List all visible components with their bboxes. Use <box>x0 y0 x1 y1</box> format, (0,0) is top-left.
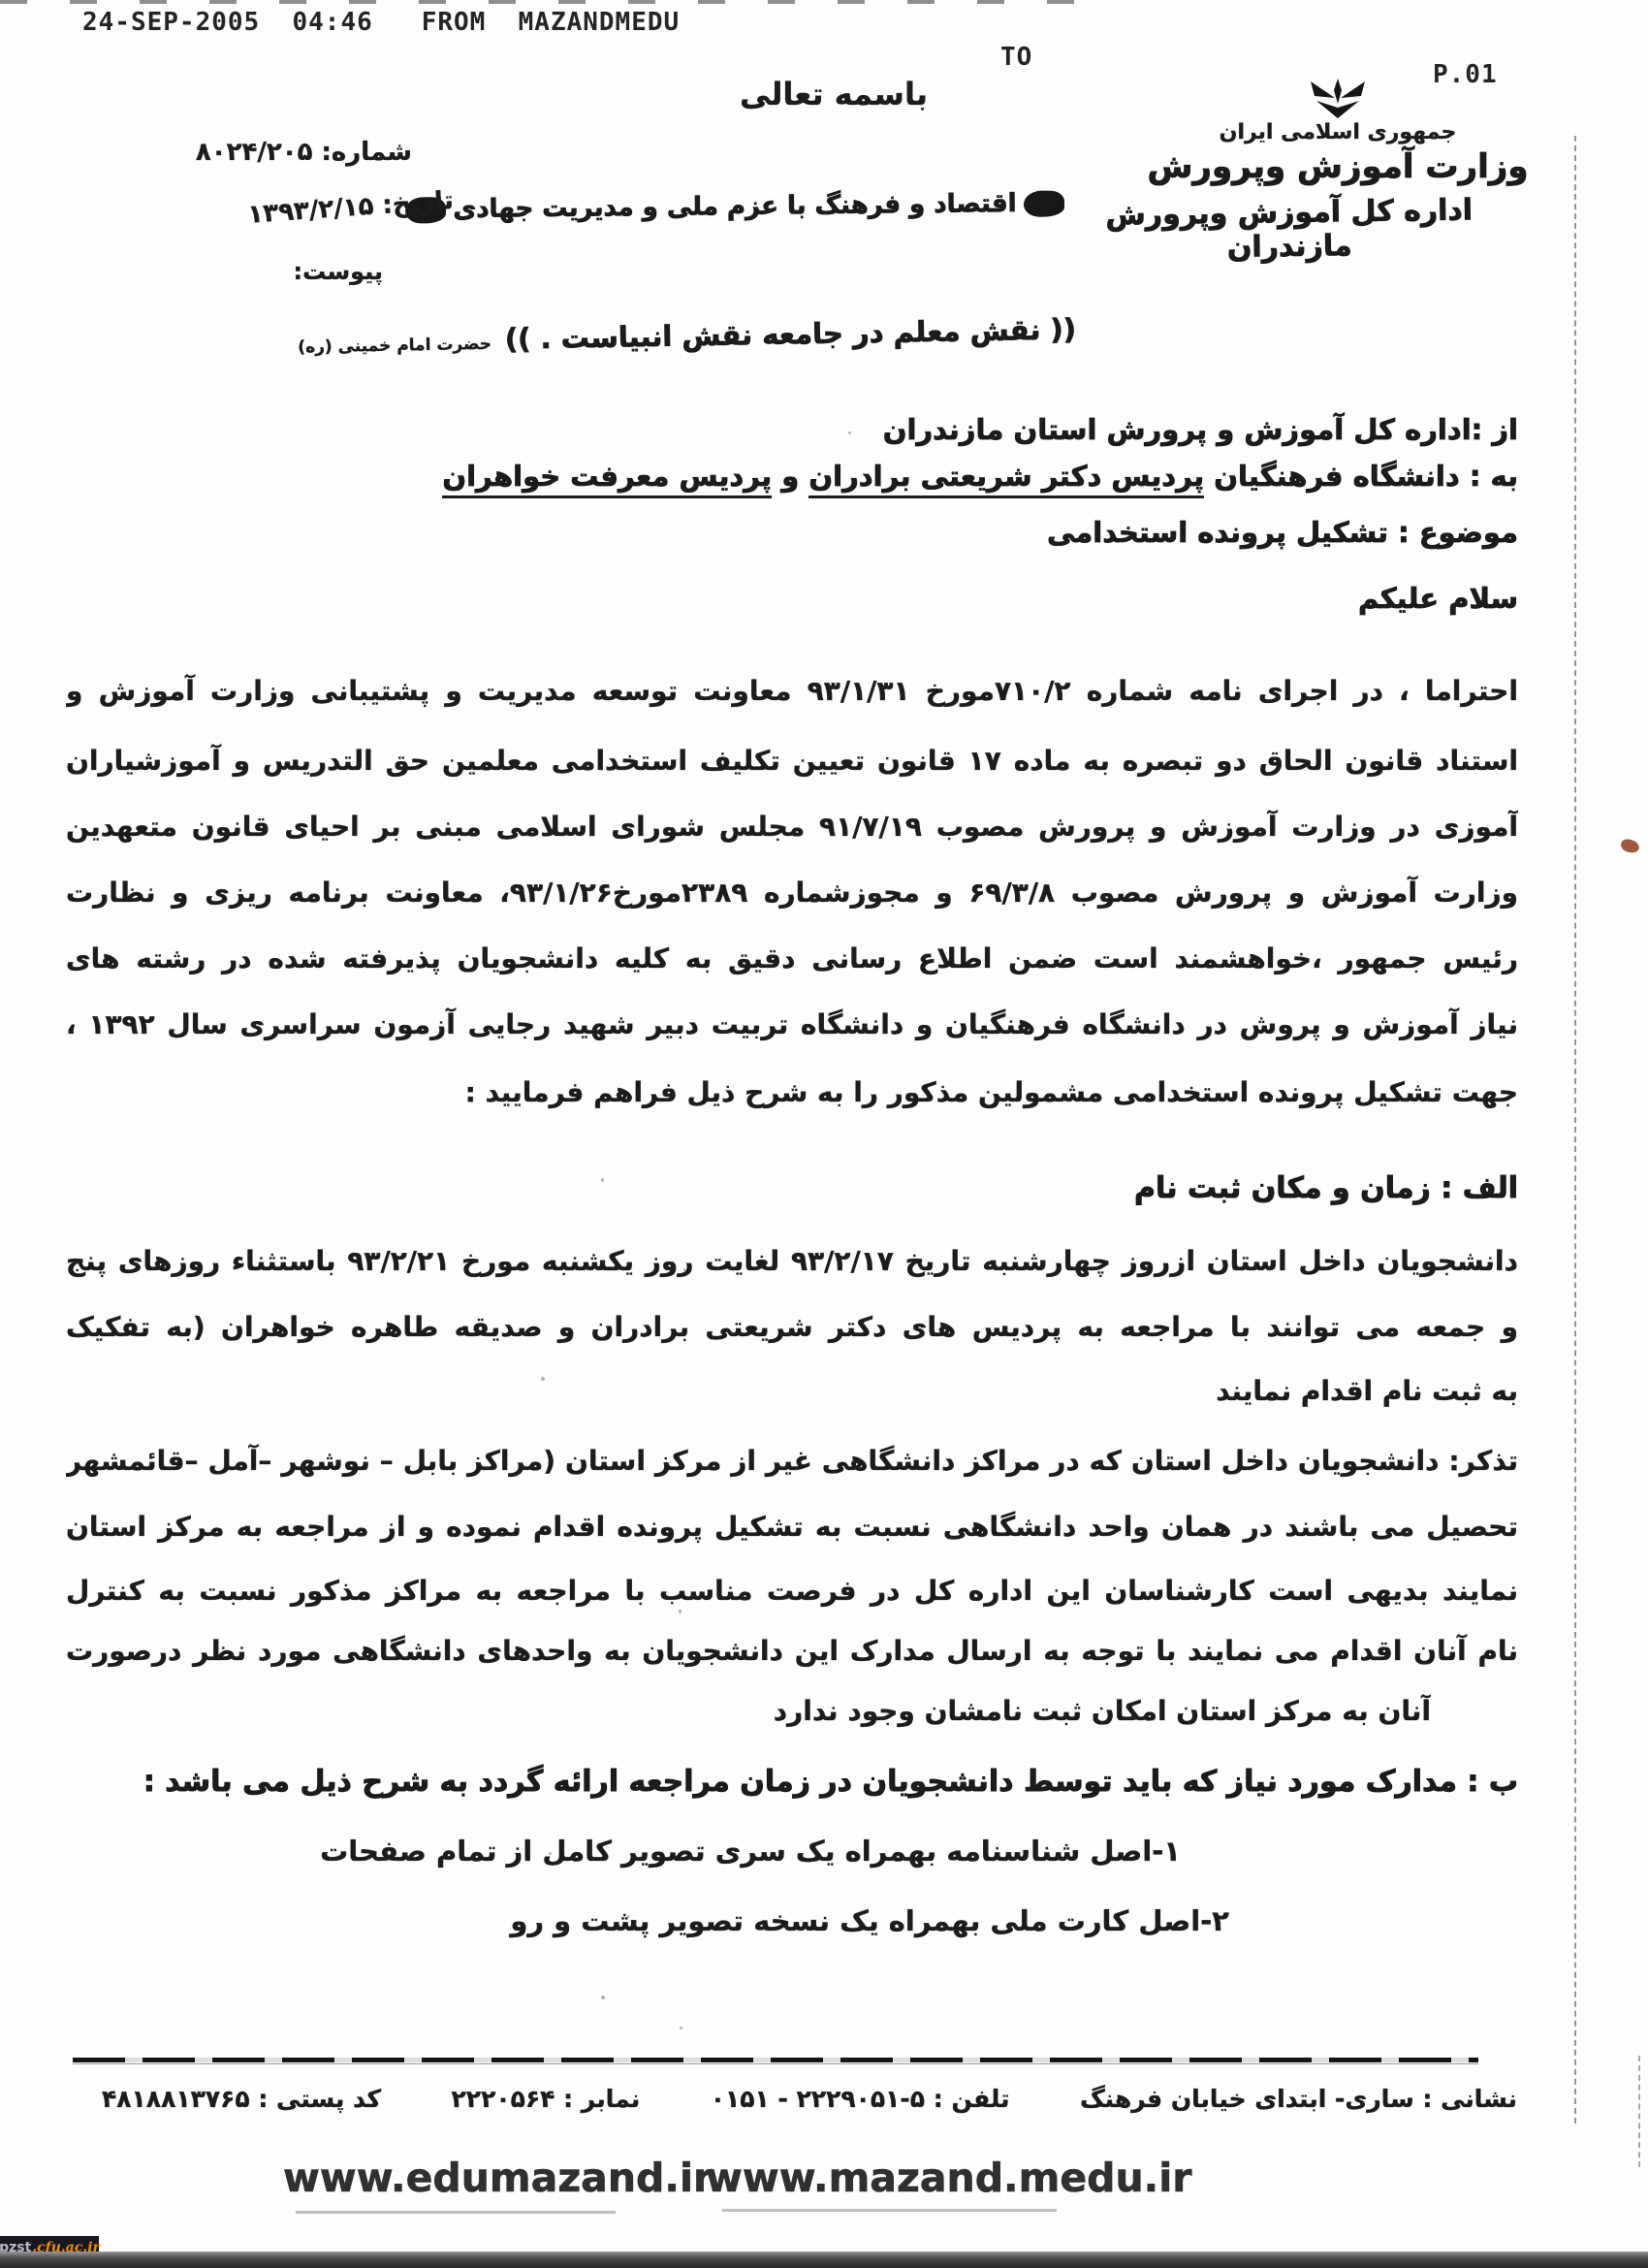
ornament-icon <box>1024 190 1064 216</box>
required-document-item: ۲-اصل کارت ملی بهمراه یک نسخه تصویر پشت … <box>66 1899 1229 1943</box>
note-line: آنان به مرکز استان امکان ثبت نامشان وجود… <box>66 1689 1431 1734</box>
iran-emblem-icon <box>1303 78 1373 124</box>
body-line: رئیس جمهور ،خواهشمند است ضمن اطلاع رسانی… <box>66 937 1518 981</box>
body-line: وزارت آموزش و پرورش مصوب ۶۹/۳/۸ و مجوزشم… <box>66 871 1518 915</box>
year-slogan: اقتصاد و فرهنگ با عزم ملی و مدیریت جهادی <box>405 188 1064 224</box>
fax-to-label: TO <box>1000 43 1032 72</box>
letterhead-ministry: وزارت آموزش وپرورش <box>1095 147 1580 186</box>
footer-address: نشانی : ساری- ابتدای خیابان فرهنگ <box>1080 2085 1517 2113</box>
footer-postal-code: کد پستی : ۴۸۱۸۸۱۳۷۶۵ <box>102 2085 381 2113</box>
website-underline <box>296 2211 616 2214</box>
body-line: احتراما ، در اجرای نامه شماره ۷۱۰/۲مورخ … <box>66 669 1518 714</box>
section-a-line: و جمعه می توانند با مراجعه به پردیس های … <box>66 1305 1518 1350</box>
salutation: سلام علیکم <box>66 576 1518 621</box>
fax-page-number: P.01 <box>1433 60 1498 89</box>
scan-paper-edge-line-2 <box>1638 2056 1640 2167</box>
body-line: جهت تشکیل پرونده استخدامی مشمولین مذکور … <box>66 1070 1518 1115</box>
section-a-line: به ثبت نام اقدام نمایند <box>66 1369 1518 1414</box>
section-a-line: دانشجویان داخل استان ازروز چهارشنبه تاری… <box>66 1239 1518 1284</box>
scan-speck <box>680 2027 682 2029</box>
imam-quote: (( نقش معلم در جامعه نقش انبیاست . )) <box>505 312 1077 355</box>
ref-number: شماره: ۸۰۲۴/۲۰۵ <box>121 138 412 167</box>
subject-line: موضوع : تشکیل پرونده استخدامی <box>66 510 1518 555</box>
required-document-item: ۱-اصل شناسنامه بهمراه یک سری تصویر کامل … <box>66 1829 1181 1873</box>
to-campus-brothers: پردیس دکتر شریعتی برادران <box>808 460 1204 498</box>
section-a-heading: الف : زمان و مکان ثبت نام <box>66 1166 1518 1211</box>
scan-edge-bottom <box>0 2252 1648 2268</box>
red-ink-mark <box>1620 838 1641 854</box>
imam-quote-row: (( نقش معلم در جامعه نقش انبیاست . )) حض… <box>446 312 1076 356</box>
footer-phone: تلفن : ۵-۲۲۲۹۰۵۱ - ۰۱۵۱ <box>711 2085 1010 2113</box>
letterhead-country: جمهوری اسلامی ایران <box>1144 120 1532 144</box>
ref-attachment: پیوست: <box>276 258 383 285</box>
scan-speck <box>601 1996 605 1999</box>
from-line: از :اداره کل آموزش و پرورش استان مازندرا… <box>66 407 1518 452</box>
footer-divider <box>73 2058 1478 2062</box>
to-campus-sisters: پردیس معرفت خواهران <box>442 460 772 498</box>
footer-divider-thin <box>73 2063 1478 2064</box>
section-b-heading: ب : مدارک مورد نیاز که باید توسط دانشجوی… <box>66 1760 1518 1805</box>
fax-document-page: 24-SEP-2005 04:46 FROM MAZANDMEDU TO P.0… <box>0 0 1648 2268</box>
note-line: تذکر: دانشجویان داخل استان که در مراکز د… <box>66 1439 1518 1484</box>
slogan-text: اقتصاد و فرهنگ با عزم ملی و مدیریت جهادی <box>453 189 1016 224</box>
body-line: آموزی در وزارت آموزش و پرورش مصوب ۹۱/۷/۱… <box>66 805 1518 849</box>
scan-edge-top <box>0 0 1105 4</box>
footer-contact-row: نشانی : ساری- ابتدای خیابان فرهنگ تلفن :… <box>102 2085 1517 2113</box>
footer-fax: نمابر : ۲۲۲۰۵۶۴ <box>452 2085 641 2113</box>
scan-paper-edge-line <box>1574 136 1576 2124</box>
besmele-header: باسمه تعالی <box>717 76 950 112</box>
note-line: نام آنان اقدام می نمایند با توجه به ارسا… <box>66 1629 1518 1674</box>
note-line: نمایند بدیهی است کارشناسان این اداره کل … <box>66 1569 1518 1613</box>
ref-date: تاریخ: ۱۳۹۳/۲/۱۵ <box>172 186 454 235</box>
to-line: به : دانشگاه فرهنگیان پردیس دکتر شریعتی … <box>66 454 1518 498</box>
body-line: استناد قانون الحاق دو تبصره به ماده ۱۷ ق… <box>66 739 1518 783</box>
note-line: تحصیل می باشند در همان واحد دانشگاهی نسب… <box>66 1505 1518 1549</box>
fax-datetime-from: 24-SEP-2005 04:46 FROM MAZANDMEDU <box>82 8 680 37</box>
footer-website-mazandmedu: www.mazand.medu.ir <box>706 2155 1084 2201</box>
to-prefix: به : دانشگاه فرهنگیان <box>1204 460 1518 493</box>
to-conjunction: و <box>772 460 808 493</box>
letterhead-department: اداره کل آموزش وپرورش مازندران <box>1047 193 1533 268</box>
imam-quote-attribution: حضرت امام خمینی (ره) <box>298 335 491 357</box>
footer-website-edumazand: www.edumazand.ir <box>283 2155 632 2201</box>
body-line: نیاز آموزش و پروش در دانشگاه فرهنگیان و … <box>66 1003 1518 1047</box>
website-underline <box>722 2209 1057 2212</box>
